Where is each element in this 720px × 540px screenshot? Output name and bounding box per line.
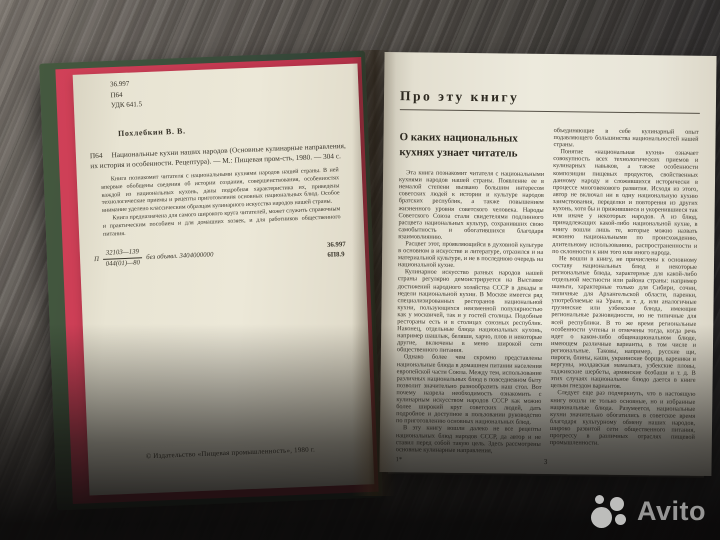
avito-logo-icon bbox=[590, 493, 630, 533]
background-shadow-bottom bbox=[0, 0, 720, 540]
avito-watermark: Avito bbox=[590, 493, 706, 533]
book-photo-scene: 36.997 П64 УДК 641.5 Похлебкин В. В. П64… bbox=[0, 0, 720, 540]
avito-wordmark: Avito bbox=[637, 498, 706, 529]
